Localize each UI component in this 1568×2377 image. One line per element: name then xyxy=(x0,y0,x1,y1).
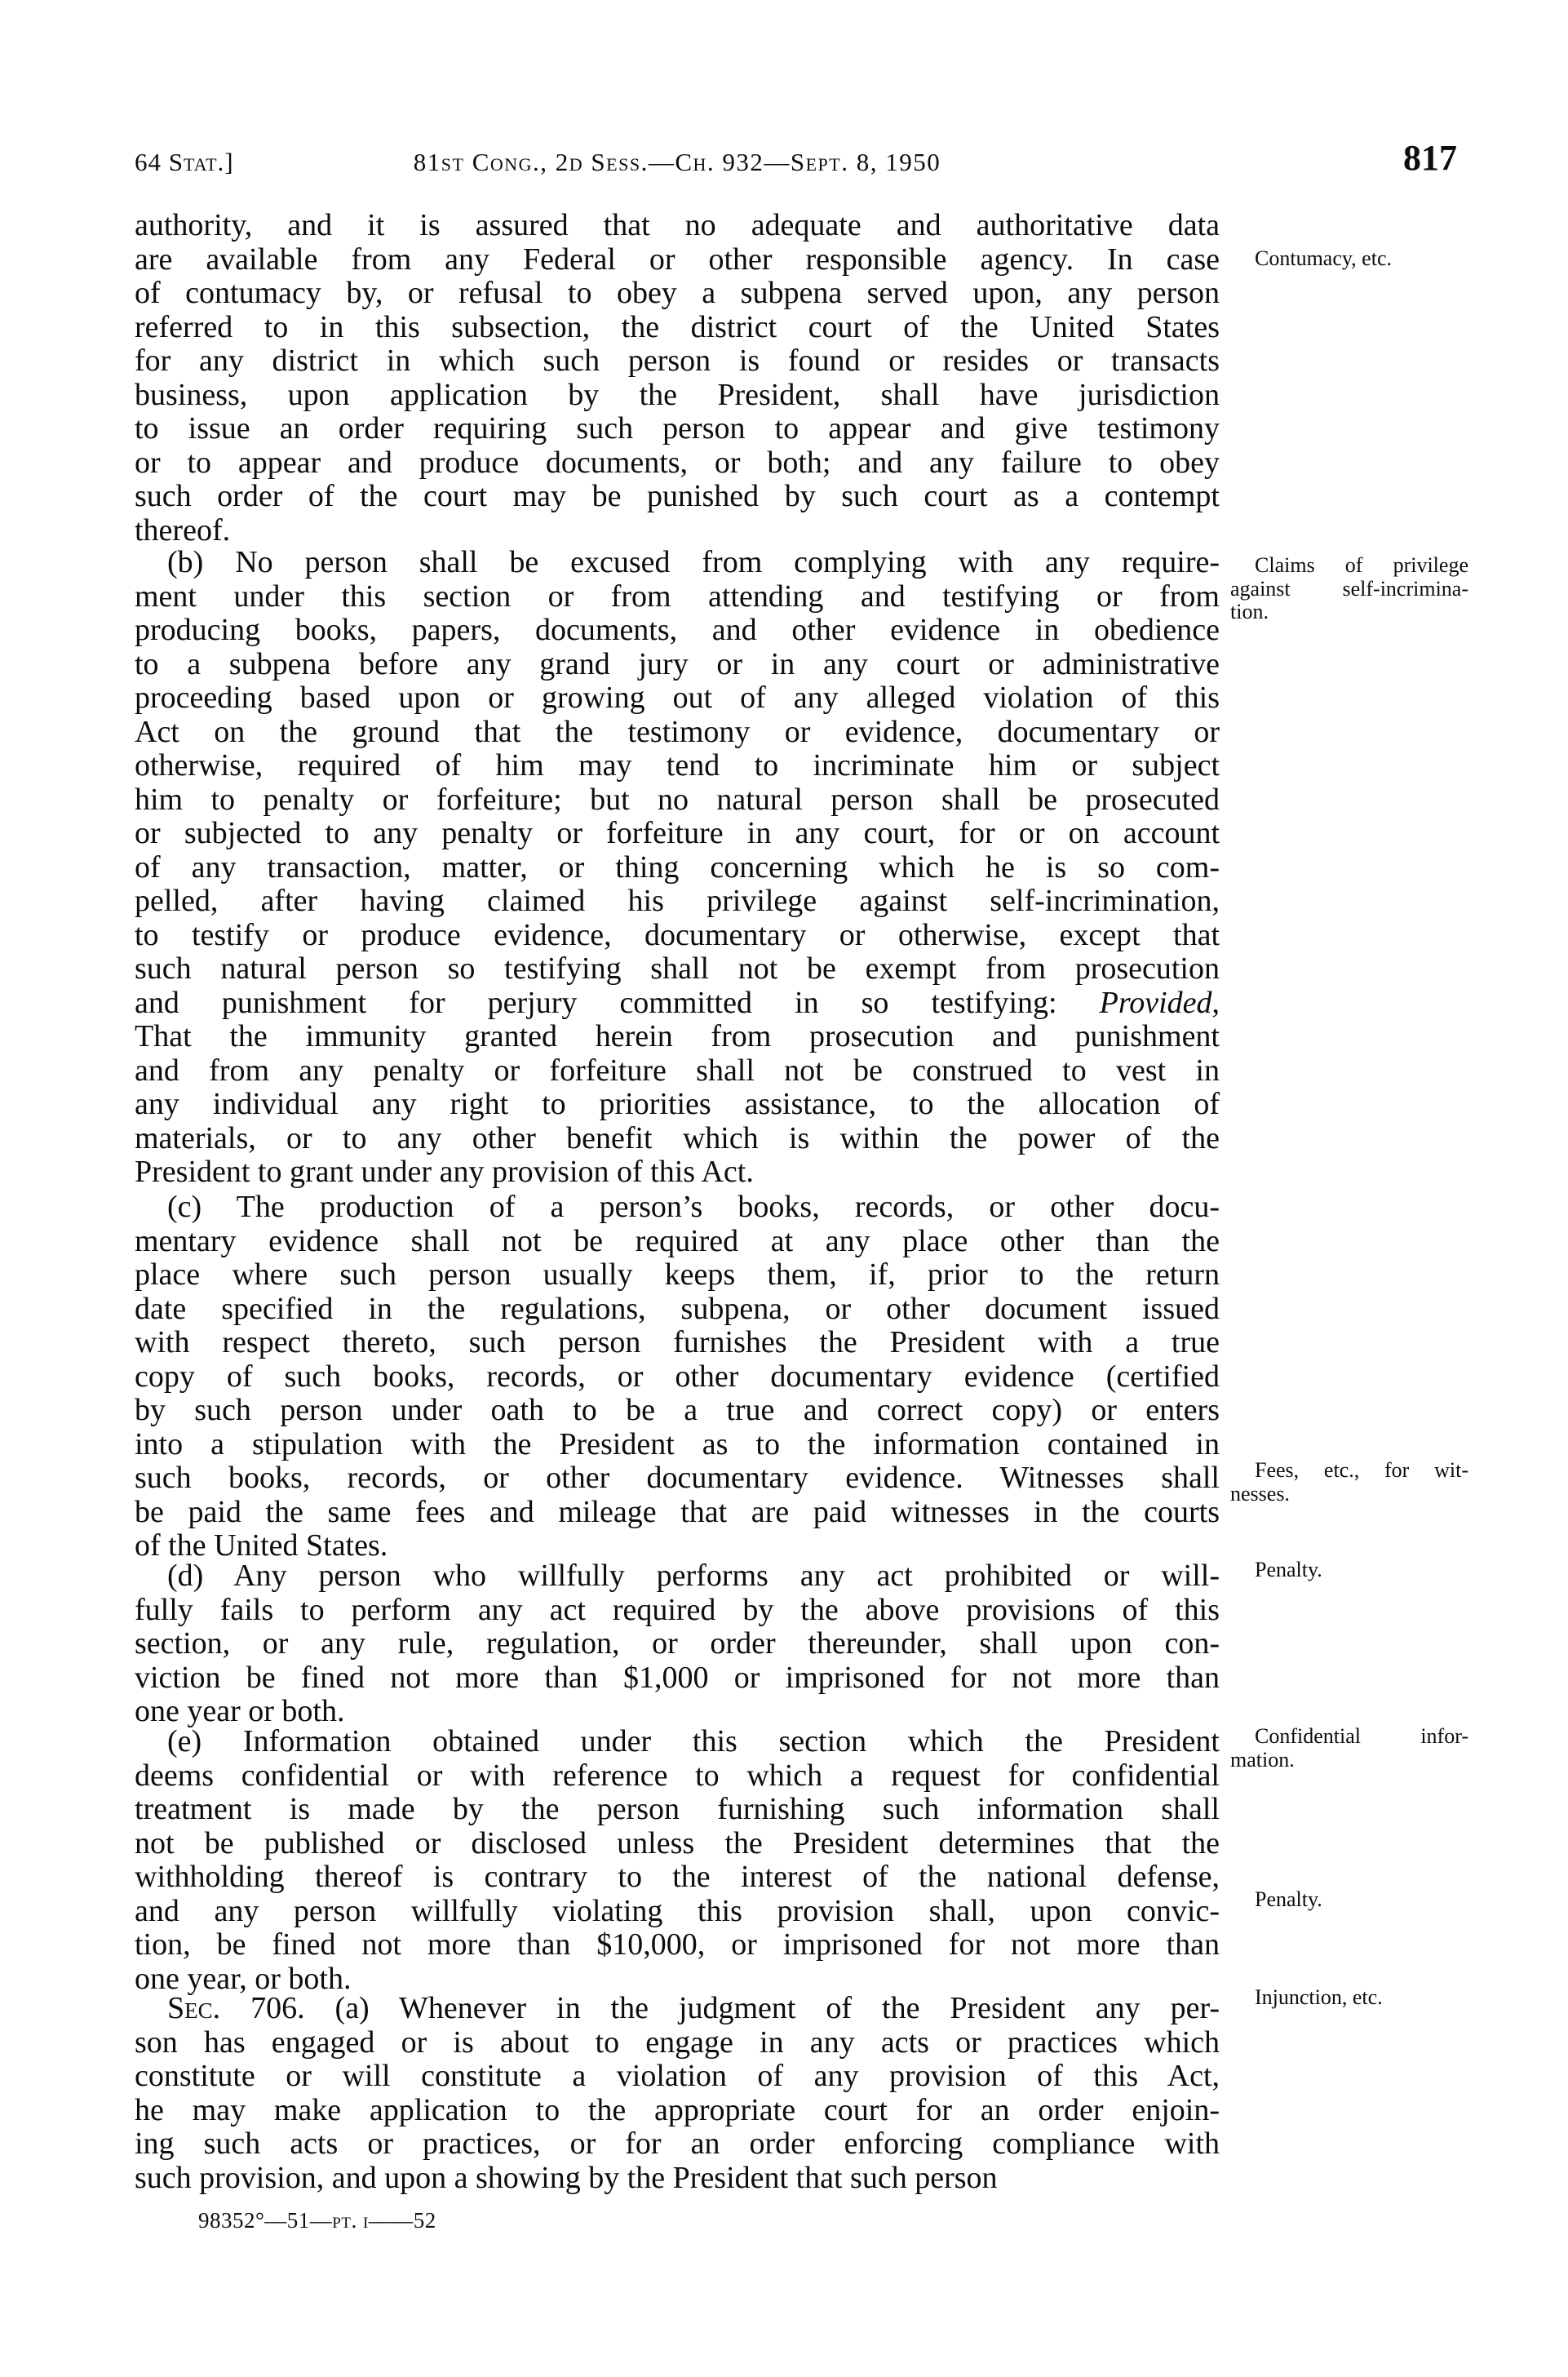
text-line: producing books, papers, documents, and … xyxy=(135,614,1220,648)
text-line: President to grant under any provision o… xyxy=(135,1155,1220,1190)
text-line: (b) No person shall be excused from comp… xyxy=(135,546,1220,580)
text-line: for any district in which such person is… xyxy=(135,344,1220,379)
paragraph-subsection-d: (d) Any person who willfully performs an… xyxy=(135,1559,1220,1729)
margin-note-witness-fees: Fees, etc., for wit-nesses. xyxy=(1230,1459,1468,1506)
header-session-line: 81st Cong., 2d Sess.—Ch. 932—Sept. 8, 19… xyxy=(135,148,1220,177)
text-line: pelled, after having claimed his privile… xyxy=(135,885,1220,919)
text-line: such order of the court may be punished … xyxy=(135,480,1220,514)
text-line: such natural person so testifying shall … xyxy=(135,952,1220,987)
text-line: otherwise, required of him may tend to i… xyxy=(135,749,1220,783)
text-line: tion, be fined not more than $10,000, or… xyxy=(135,1928,1220,1962)
note-line: Penalty. xyxy=(1230,1888,1468,1912)
text-line: such books, records, or other documentar… xyxy=(135,1461,1220,1496)
paragraph-subsection-b: (b) No person shall be excused from comp… xyxy=(135,546,1220,1190)
text-line: and any person willfully violating this … xyxy=(135,1895,1220,1929)
note-line: Injunction, etc. xyxy=(1230,1986,1468,2010)
statute-page: 64 Stat.] 81st Cong., 2d Sess.—Ch. 932—S… xyxy=(0,0,1568,2377)
margin-note-contumacy: Contumacy, etc. xyxy=(1230,247,1468,271)
note-line: tion. xyxy=(1230,601,1468,624)
note-line: Contumacy, etc. xyxy=(1230,247,1468,271)
header-page-number: 817 xyxy=(1377,137,1483,179)
text-line: (c) The production of a person’s books, … xyxy=(135,1191,1220,1225)
text-line: (e) Information obtained under this sect… xyxy=(135,1725,1220,1759)
text-line: fully fails to perform any act required … xyxy=(135,1594,1220,1628)
text-line: are available from any Federal or other … xyxy=(135,243,1220,277)
text-line: of contumacy by, or refusal to obey a su… xyxy=(135,277,1220,311)
paragraph-subsection-c: (c) The production of a person’s books, … xyxy=(135,1191,1220,1563)
text-line: viction be fined not more than $1,000 or… xyxy=(135,1661,1220,1696)
note-line: Fees, etc., for wit- xyxy=(1230,1459,1468,1483)
text-line: referred to in this subsection, the dist… xyxy=(135,311,1220,345)
text-line: Sec. 706. (a) Whenever in the judgment o… xyxy=(135,1992,1220,2026)
text-line: not be published or disclosed unless the… xyxy=(135,1827,1220,1861)
paragraph-contumacy-continuation: authority, and it is assured that no ade… xyxy=(135,209,1220,548)
text-line: be paid the same fees and mileage that a… xyxy=(135,1496,1220,1530)
text-line: Act on the ground that the testimony or … xyxy=(135,716,1220,750)
text-line: to issue an order requiring such person … xyxy=(135,412,1220,446)
text-line: That the immunity granted herein from pr… xyxy=(135,1020,1220,1054)
text-line: withholding thereof is contrary to the i… xyxy=(135,1860,1220,1895)
text-line: proceeding based upon or growing out of … xyxy=(135,681,1220,716)
text-line: materials, or to any other benefit which… xyxy=(135,1122,1220,1156)
note-line: mation. xyxy=(1230,1749,1468,1772)
text-line: deems confidential or with reference to … xyxy=(135,1759,1220,1794)
note-line: Confidential infor- xyxy=(1230,1725,1468,1749)
text-line: thereof. xyxy=(135,514,1220,548)
text-line: with respect thereto, such person furnis… xyxy=(135,1326,1220,1360)
paragraph-subsection-e: (e) Information obtained under this sect… xyxy=(135,1725,1220,1996)
note-line: against self-incrimina- xyxy=(1230,578,1468,601)
margin-note-penalty-2: Penalty. xyxy=(1230,1888,1468,1912)
text-line: son has engaged or is about to engage in… xyxy=(135,2026,1220,2060)
text-line: ment under this section or from attendin… xyxy=(135,580,1220,614)
margin-note-penalty-1: Penalty. xyxy=(1230,1559,1468,1582)
text-line: such provision, and upon a showing by th… xyxy=(135,2162,1220,2196)
text-line: by such person under oath to be a true a… xyxy=(135,1394,1220,1428)
footer-print-code: 98352°—51—pt. i——52 xyxy=(198,2208,436,2233)
text-line: date specified in the regulations, subpe… xyxy=(135,1293,1220,1327)
text-line: to testify or produce evidence, document… xyxy=(135,919,1220,953)
text-line: he may make application to the appropria… xyxy=(135,2094,1220,2128)
margin-note-self-incrimination: Claims of privilegeagainst self-incrimin… xyxy=(1230,554,1468,624)
text-line: him to penalty or forfeiture; but no nat… xyxy=(135,783,1220,818)
text-line: ing such acts or practices, or for an or… xyxy=(135,2127,1220,2162)
text-line: mentary evidence shall not be required a… xyxy=(135,1225,1220,1259)
text-line: constitute or will constitute a violatio… xyxy=(135,2060,1220,2094)
text-line: section, or any rule, regulation, or ord… xyxy=(135,1627,1220,1661)
note-line: Claims of privilege xyxy=(1230,554,1468,578)
margin-note-confidential-info: Confidential infor-mation. xyxy=(1230,1725,1468,1772)
text-line: (d) Any person who willfully performs an… xyxy=(135,1559,1220,1594)
text-line: place where such person usually keeps th… xyxy=(135,1258,1220,1293)
text-line: copy of such books, records, or other do… xyxy=(135,1360,1220,1395)
text-line: or subjected to any penalty or forfeitur… xyxy=(135,817,1220,851)
text-line: any individual any right to priorities a… xyxy=(135,1088,1220,1122)
text-line: and from any penalty or forfeiture shall… xyxy=(135,1054,1220,1089)
text-line: authority, and it is assured that no ade… xyxy=(135,209,1220,243)
text-line: or to appear and produce documents, or b… xyxy=(135,446,1220,481)
note-line: nesses. xyxy=(1230,1483,1468,1506)
margin-note-injunction: Injunction, etc. xyxy=(1230,1986,1468,2010)
text-line: to a subpena before any grand jury or in… xyxy=(135,648,1220,682)
text-line: into a stipulation with the President as… xyxy=(135,1428,1220,1462)
text-line: of any transaction, matter, or thing con… xyxy=(135,851,1220,885)
text-line: business, upon application by the Presid… xyxy=(135,379,1220,413)
paragraph-section-706: Sec. 706. (a) Whenever in the judgment o… xyxy=(135,1992,1220,2195)
note-line: Penalty. xyxy=(1230,1559,1468,1582)
text-line: treatment is made by the person furnishi… xyxy=(135,1793,1220,1827)
text-line: and punishment for perjury committed in … xyxy=(135,987,1220,1021)
